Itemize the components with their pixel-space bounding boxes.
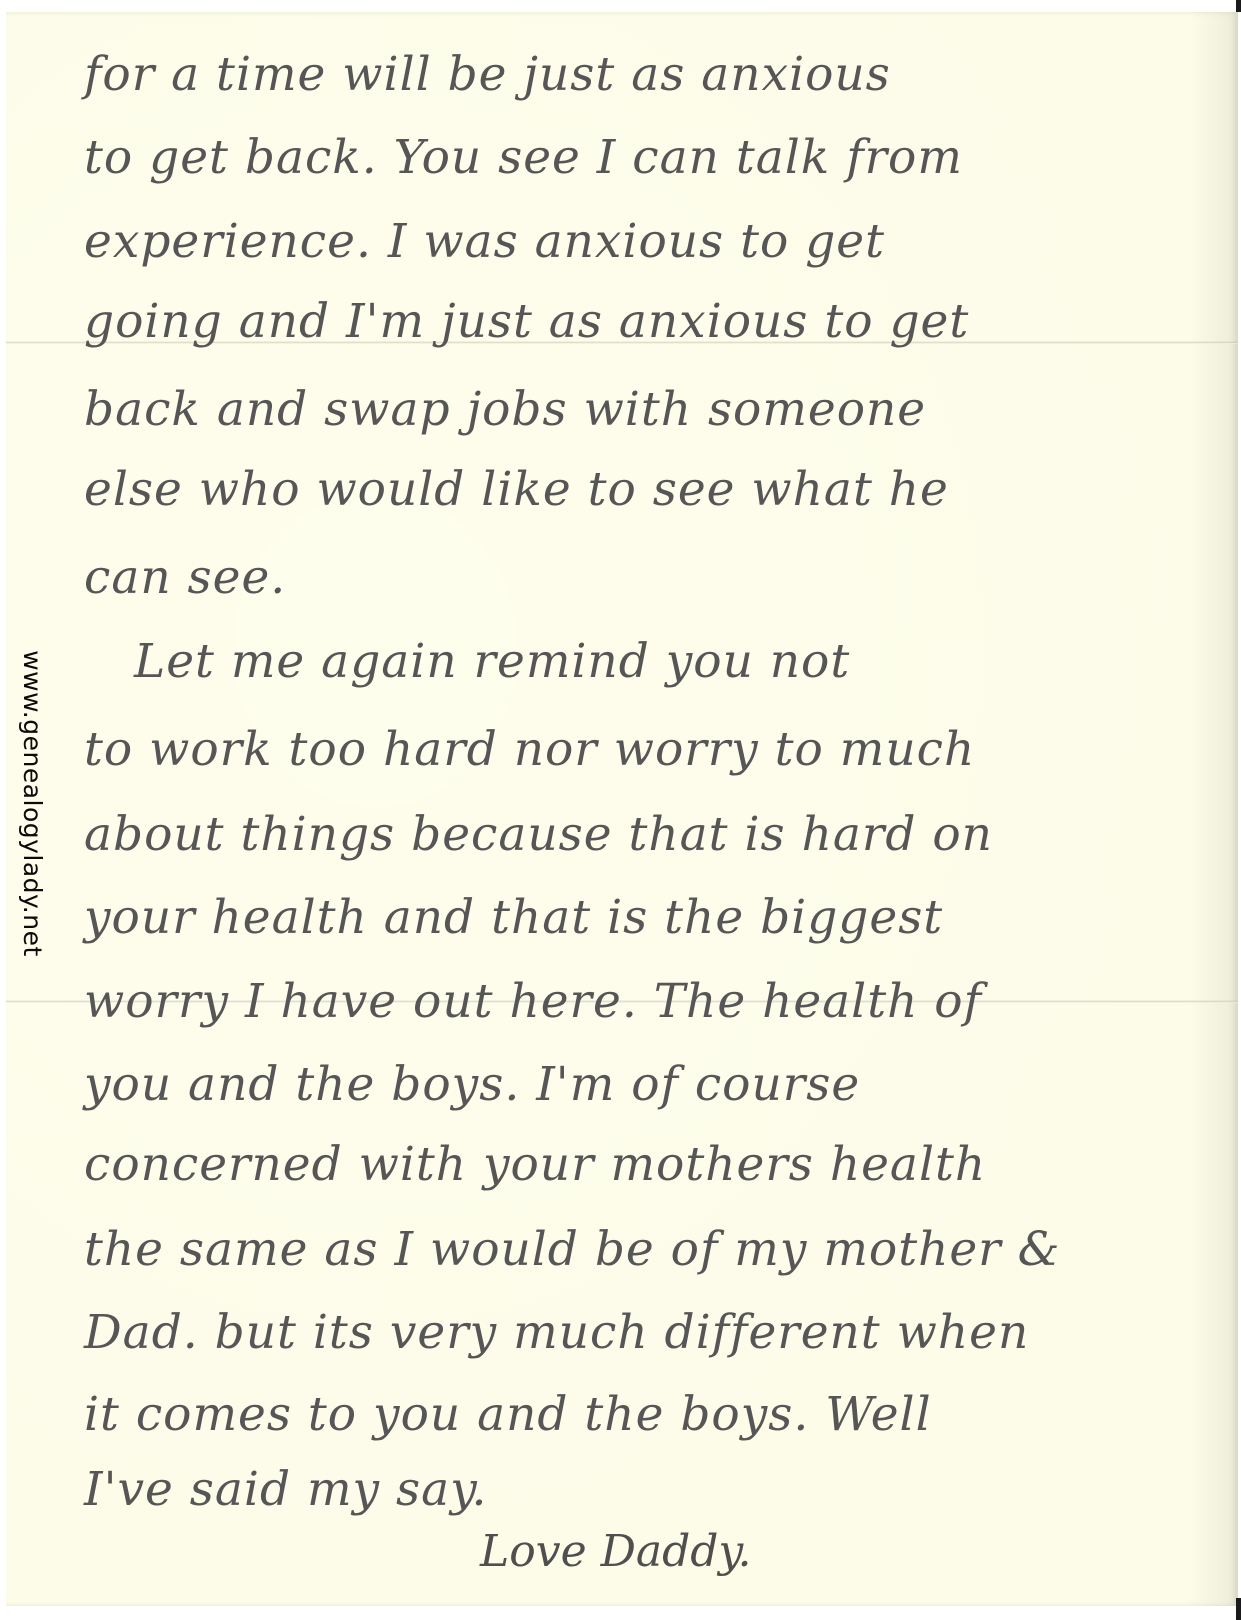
letter-line: experience. I was anxious to get xyxy=(84,212,885,272)
scanned-page: www.genealogylady.net for a time will be… xyxy=(0,0,1241,1620)
letter-line: can see. xyxy=(84,548,286,608)
scan-edge-shadow xyxy=(1236,1598,1241,1620)
letter-line: going and I'm just as anxious to get xyxy=(84,292,969,352)
letter-line: to get back. You see I can talk from xyxy=(84,128,963,188)
letter-line: back and swap jobs with someone xyxy=(84,380,926,440)
letter-line: for a time will be just as anxious xyxy=(84,45,891,105)
letter-line: to work too hard nor worry to much xyxy=(84,720,975,780)
letter-line: about things because that is hard on xyxy=(84,805,993,865)
letter-line: you and the boys. I'm of course xyxy=(84,1055,860,1115)
letter-line: the same as I would be of my mother & xyxy=(84,1220,1060,1280)
letter-line: concerned with your mothers health xyxy=(84,1135,986,1195)
scan-edge-shadow xyxy=(1236,0,1241,12)
letter-line: I've said my say. xyxy=(84,1460,487,1520)
letter-line: it comes to you and the boys. Well xyxy=(84,1385,932,1445)
letter-line-paragraph-start: Let me again remind you not xyxy=(134,632,850,692)
watermark: www.genealogylady.net xyxy=(14,628,50,978)
letter-line: Dad. but its very much different when xyxy=(84,1303,1029,1363)
letter-line: worry I have out here. The health of xyxy=(84,972,982,1032)
watermark-text: www.genealogylady.net xyxy=(18,650,47,957)
signature: Love Daddy. xyxy=(480,1522,751,1582)
letter-line: your health and that is the biggest xyxy=(84,888,943,948)
letter-line: else who would like to see what he xyxy=(84,460,949,520)
